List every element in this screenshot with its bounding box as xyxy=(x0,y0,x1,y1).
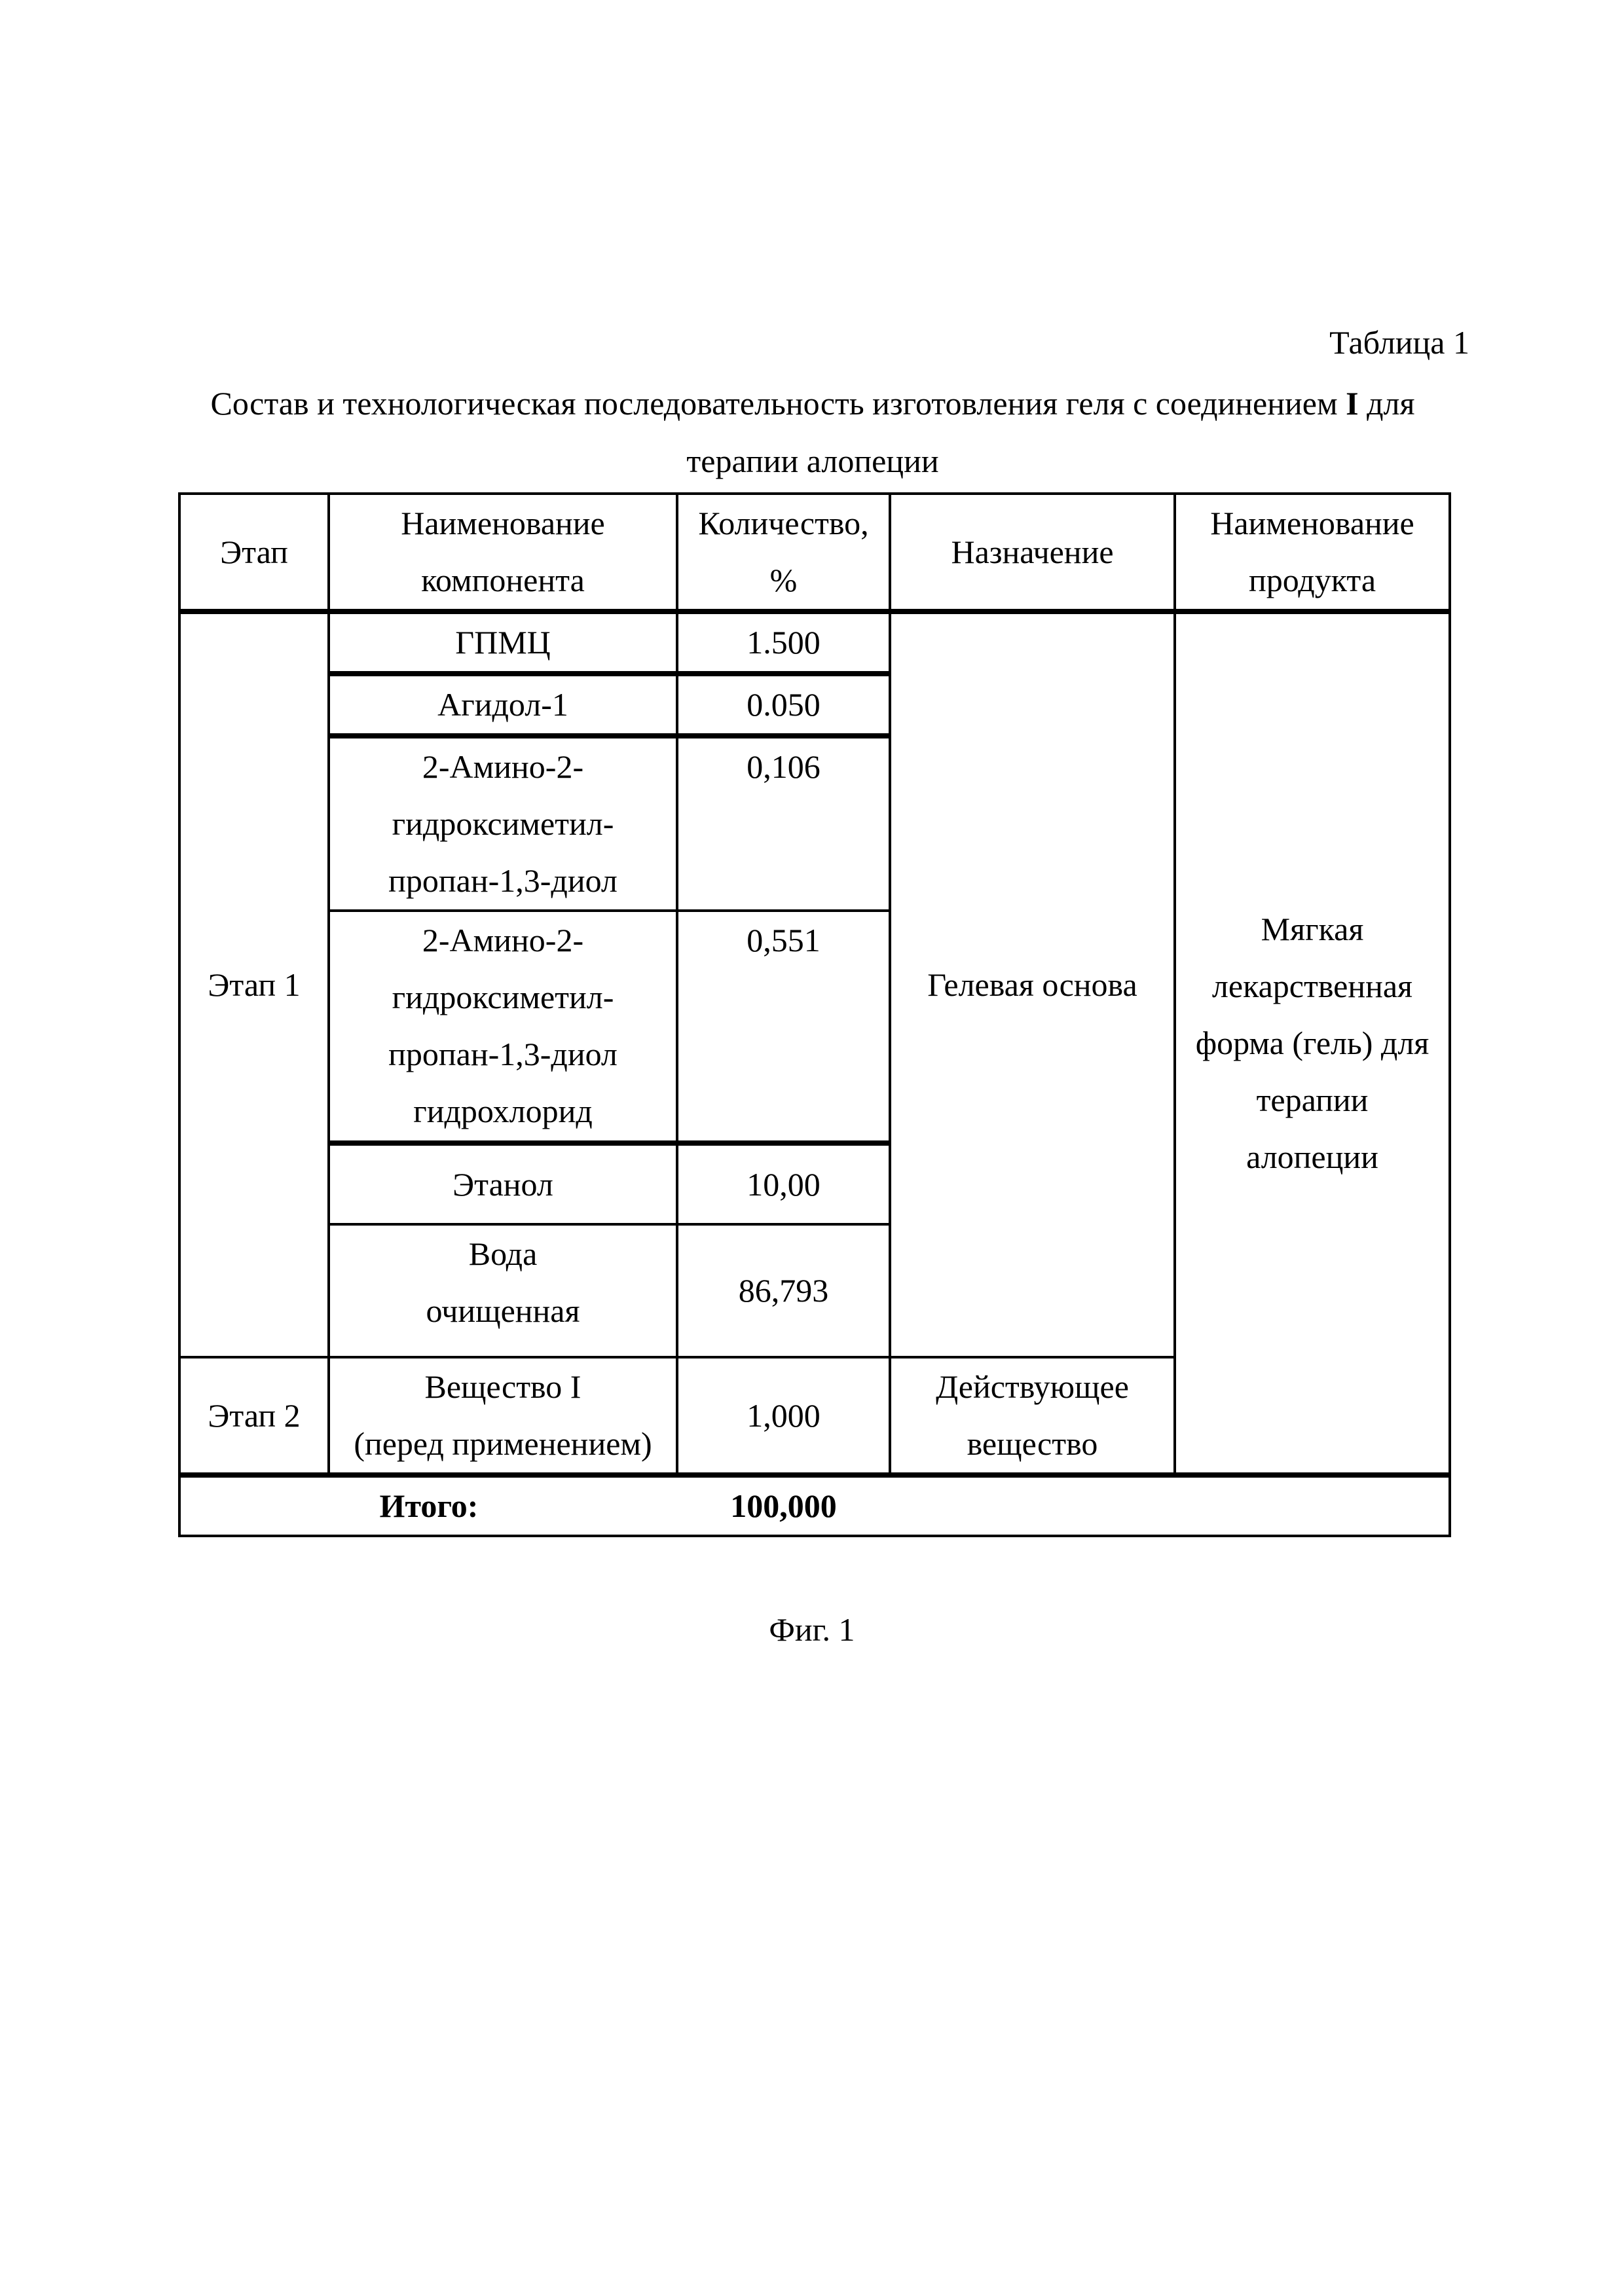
header-stage: Этап xyxy=(179,494,329,611)
amount-cell: 0.050 xyxy=(677,674,890,736)
text-line: Агидол-1 xyxy=(334,676,672,733)
purpose-active-substance: Действующеевещество xyxy=(890,1357,1175,1475)
text-line: вещество xyxy=(895,1415,1170,1472)
component-cell: Этанол xyxy=(329,1143,677,1224)
text-line: продукта xyxy=(1180,552,1445,609)
text-line: (перед применением) xyxy=(334,1415,672,1472)
text-line: Назначение xyxy=(895,524,1170,581)
text-line: компонента xyxy=(334,552,672,609)
header-component: Наименованиекомпонента xyxy=(329,494,677,611)
text-line: Вещество I xyxy=(334,1358,672,1415)
header-purpose: Назначение xyxy=(890,494,1175,611)
text-line: Наименование xyxy=(334,495,672,552)
stage-1-cell: Этап 1 xyxy=(179,611,329,1357)
caption-text: Состав и технологическая последовательно… xyxy=(211,385,1346,422)
text-line: Наименование xyxy=(1180,495,1445,552)
text-line: гидрохлорид xyxy=(334,1083,672,1140)
purpose-gel-base: Гелевая основа xyxy=(890,611,1175,1357)
caption-text-end: для xyxy=(1359,385,1415,422)
text-line: лекарственная xyxy=(1180,958,1445,1015)
text-line: 2-Амино-2- xyxy=(334,912,672,969)
text-line: 2-Амино-2- xyxy=(334,738,672,795)
component-cell: 2-Амино-2-гидроксиметил-пропан-1,3-диол xyxy=(329,736,677,911)
table-number-label: Таблица 1 xyxy=(1329,323,1469,361)
amount-cell: 0,106 xyxy=(677,736,890,911)
component-cell: Агидол-1 xyxy=(329,674,677,736)
amount-cell: 1.500 xyxy=(677,611,890,674)
text-line: ГПМЦ xyxy=(334,614,672,671)
composition-table: Этап Наименованиекомпонента Количество,%… xyxy=(178,492,1451,1537)
text-line: Вода xyxy=(334,1226,672,1283)
figure-label: Фиг. 1 xyxy=(0,1611,1624,1649)
component-cell: 2-Амино-2-гидроксиметил-пропан-1,3-диолг… xyxy=(329,911,677,1143)
caption-line-1: Состав и технологическая последовательно… xyxy=(178,374,1447,432)
component-cell: Вещество I(перед применением) xyxy=(329,1357,677,1475)
stage-2-cell: Этап 2 xyxy=(179,1357,329,1475)
text-line: гидроксиметил- xyxy=(334,795,672,852)
component-cell: Водаочищенная xyxy=(329,1224,677,1357)
header-amount: Количество,% xyxy=(677,494,890,611)
amount-cell: 10,00 xyxy=(677,1143,890,1224)
text-line: Этап xyxy=(185,524,323,581)
table-row: Этап 1 ГПМЦ 1.500 Гелевая основа Мягкаял… xyxy=(179,611,1450,674)
text-line: очищенная xyxy=(334,1283,672,1339)
text-line: пропан-1,3-диол xyxy=(334,852,672,909)
amount-cell: 1,000 xyxy=(677,1357,890,1475)
text-line: Количество, xyxy=(682,495,885,552)
total-row: Итого: 100,000 xyxy=(179,1475,1450,1536)
text-line: алопеции xyxy=(1180,1129,1445,1186)
amount-cell: 86,793 xyxy=(677,1224,890,1357)
text-line: Мягкая xyxy=(1180,901,1445,958)
text-line: терапии xyxy=(1180,1072,1445,1129)
text-line: % xyxy=(682,552,885,609)
caption-line-2: терапии алопеции xyxy=(178,432,1447,490)
header-row: Этап Наименованиекомпонента Количество,%… xyxy=(179,494,1450,611)
text-line: Действующее xyxy=(895,1358,1170,1415)
caption-compound: I xyxy=(1346,385,1358,422)
component-cell: ГПМЦ xyxy=(329,611,677,674)
text-line: гидроксиметил- xyxy=(334,969,672,1026)
total-empty xyxy=(890,1475,1450,1536)
text-line: Этанол xyxy=(334,1156,672,1213)
amount-cell: 0,551 xyxy=(677,911,890,1143)
table-caption: Состав и технологическая последовательно… xyxy=(178,374,1447,490)
text-line: пропан-1,3-диол xyxy=(334,1026,672,1083)
total-label: Итого: xyxy=(179,1475,677,1536)
header-product: Наименованиепродукта xyxy=(1175,494,1450,611)
total-amount: 100,000 xyxy=(677,1475,890,1536)
text-line: форма (гель) для xyxy=(1180,1015,1445,1072)
product-cell: Мягкаялекарственнаяформа (гель) длятерап… xyxy=(1175,611,1450,1475)
